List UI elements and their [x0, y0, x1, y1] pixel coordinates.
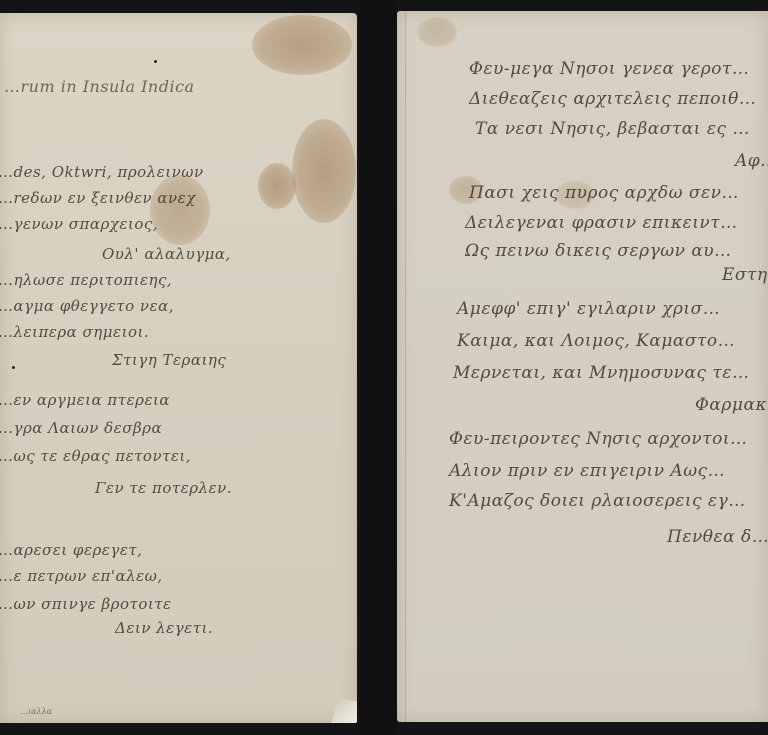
manuscript-line: Αμεφφ' επιγ' εγιλαριν χρισ… [457, 299, 720, 319]
water-stain [150, 175, 210, 245]
manuscript-line: Εστη… [722, 265, 768, 285]
manuscript-line: Ως πεινω δικεις σεργων αυ… [465, 241, 732, 261]
left-manuscript-page: …rum in Insula Indica …des, Oktwri, προλ… [0, 13, 357, 723]
manuscript-line: …ε πετρων επ'αλεω, [0, 567, 163, 585]
manuscript-line: Τα νεσι Νησις, βεβασται ες … [475, 119, 750, 139]
manuscript-line: Στιγη Τεραιης [112, 351, 226, 369]
manuscript-line: Μερνεται, και Μνημοσυνας τε… [453, 363, 749, 383]
ink-dot [12, 366, 15, 369]
manuscript-line: …εν αργμεια πτερεια [0, 391, 170, 409]
manuscript-line: …αγμα φθεγγετο νεα, [0, 297, 174, 315]
water-stain [417, 17, 457, 47]
water-stain [292, 119, 356, 223]
manuscript-line: …ων σπινγε βροτοιτε [0, 595, 172, 613]
manuscript-line: Αλιον πριν εν επιγειριν Αως… [449, 461, 725, 481]
manuscript-line: Φευ-μεγα Νησοι γενεα γεροτ… [469, 59, 749, 79]
book-gutter [360, 0, 397, 735]
manuscript-line: Φευ-πειροντες Νησις αρχοντοι… [449, 429, 748, 449]
manuscript-line: …λειπερα σημειοι. [0, 323, 149, 341]
right-manuscript-page: Φευ-μεγα Νησοι γενεα γεροτ… Διεθεαζεις α… [397, 11, 768, 722]
manuscript-line: Πενθεα δ… [667, 527, 768, 547]
manuscript-line: …ηλωσε περιτοπιεης, [0, 271, 172, 289]
manuscript-line: …ως τε εθρας πετοντει, [0, 447, 191, 465]
water-stain [258, 163, 296, 209]
water-stain [252, 15, 352, 75]
manuscript-line: Αφ… [735, 151, 768, 171]
manuscript-line: …reδων εν ξεινθεν ανεχ [0, 189, 196, 207]
manuscript-line: Φαρμακ… [695, 395, 768, 415]
manuscript-line: Γεν τε ποτερλεν. [95, 479, 232, 497]
manuscript-line: Κ'Αμαζος δοιει ρλαιοσερεις εγ… [449, 491, 746, 511]
manuscript-line: Πασι χεις πυρος αρχδω σεν… [469, 183, 739, 203]
folded-corner [331, 699, 357, 723]
manuscript-line: Διεθεαζεις αρχιτελεις πεποιθ… [469, 89, 756, 109]
manuscript-line: …γρα Λαιων δεσβρα [0, 419, 162, 437]
manuscript-line: Καιμα, και Λοιμος, Καμαστο… [457, 331, 735, 351]
page-heading: …rum in Insula Indica [4, 77, 195, 96]
ink-dot [154, 60, 157, 63]
manuscript-line: Δειλεγεναι φρασιν επικειντ… [465, 213, 738, 233]
manuscript-line: Ουλ' αλαλυγμα, [102, 245, 231, 263]
manuscript-line: …αρεσει φερεγετ, [0, 541, 142, 559]
manuscript-line: …des, Oktwri, προλεινων [0, 163, 204, 181]
manuscript-line: Δειν λεγετι. [115, 619, 213, 637]
footer-mark: …ιαλλα [20, 707, 52, 716]
page-edge-line [405, 11, 406, 722]
manuscript-line: …γενων σπαρχειος, [0, 215, 158, 233]
